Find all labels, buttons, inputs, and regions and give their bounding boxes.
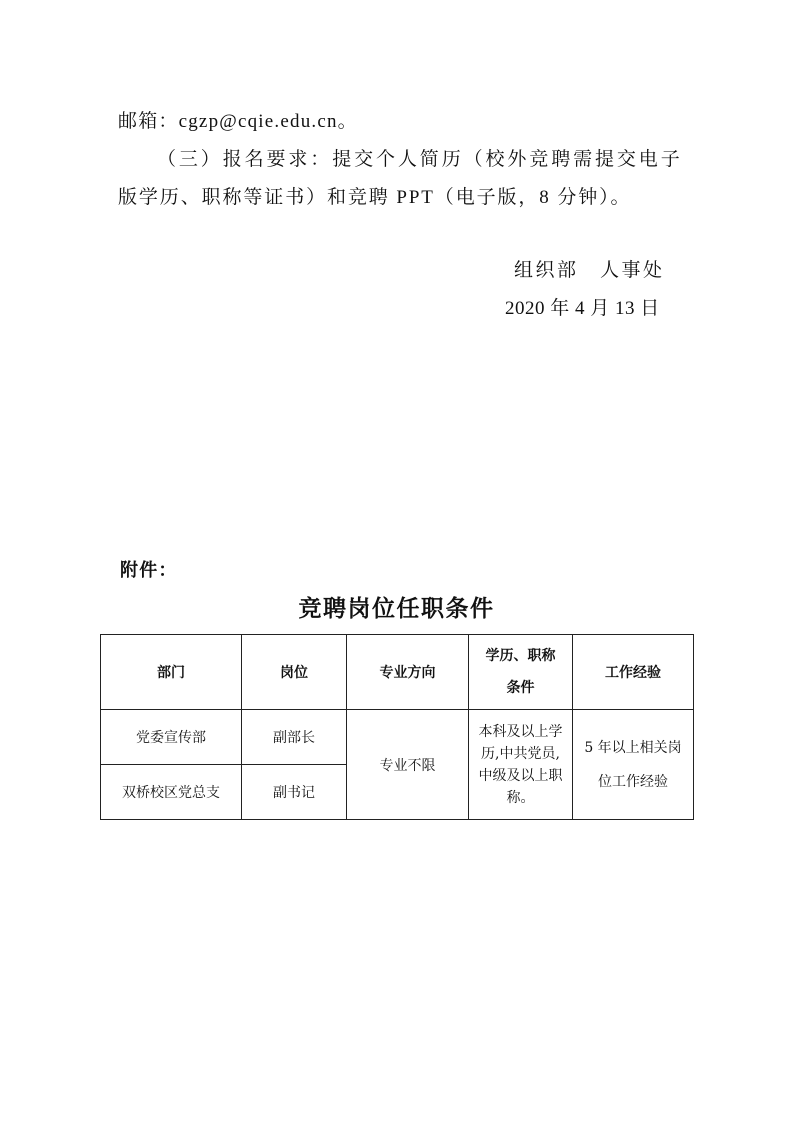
header-education: 学历、职称 条件 [469,635,573,710]
cell-major: 专业不限 [347,710,469,820]
header-education-line-1: 学历、职称 [469,640,572,672]
requirement-line-2: 版学历、职称等证书）和竞聘 PPT（电子版，8 分钟）。 [118,182,631,209]
attachment-title: 竞聘岗位任职条件 [0,590,793,623]
attachment-label: 附件： [120,556,178,582]
header-department: 部门 [101,635,242,710]
requirement-line-1: （三）报名要求：提交个人简历（校外竞聘需提交电子 [157,144,683,171]
experience-line: 5 年以上相关岗 [573,731,693,765]
education-line: 中级及以上职 [469,765,572,787]
cell-position: 副书记 [242,765,347,820]
cell-position: 副部长 [242,710,347,765]
cell-department: 党委宣传部 [101,710,242,765]
header-position: 岗位 [242,635,347,710]
table-row: 党委宣传部 副部长 专业不限 本科及以上学 历,中共党员, 中级及以上职 称。 … [101,710,694,765]
header-education-line-2: 条件 [469,672,572,704]
header-major: 专业方向 [347,635,469,710]
education-line: 历,中共党员, [469,743,572,765]
signature-date: 2020 年 4 月 13 日 [505,293,660,320]
education-line: 本科及以上学 [469,721,572,743]
cell-department: 双桥校区党总支 [101,765,242,820]
signature-departments: 组织部 人事处 [514,255,665,282]
header-experience: 工作经验 [573,635,694,710]
position-requirements-table: 部门 岗位 专业方向 学历、职称 条件 工作经验 党委宣传部 副部长 专业不限 … [100,634,694,820]
email-line: 邮箱：cgzp@cqie.edu.cn。 [118,106,358,133]
experience-line: 位工作经验 [573,765,693,799]
cell-experience: 5 年以上相关岗 位工作经验 [573,710,694,820]
education-line: 称。 [469,787,572,809]
table-header-row: 部门 岗位 专业方向 学历、职称 条件 工作经验 [101,635,694,710]
cell-education: 本科及以上学 历,中共党员, 中级及以上职 称。 [469,710,573,820]
